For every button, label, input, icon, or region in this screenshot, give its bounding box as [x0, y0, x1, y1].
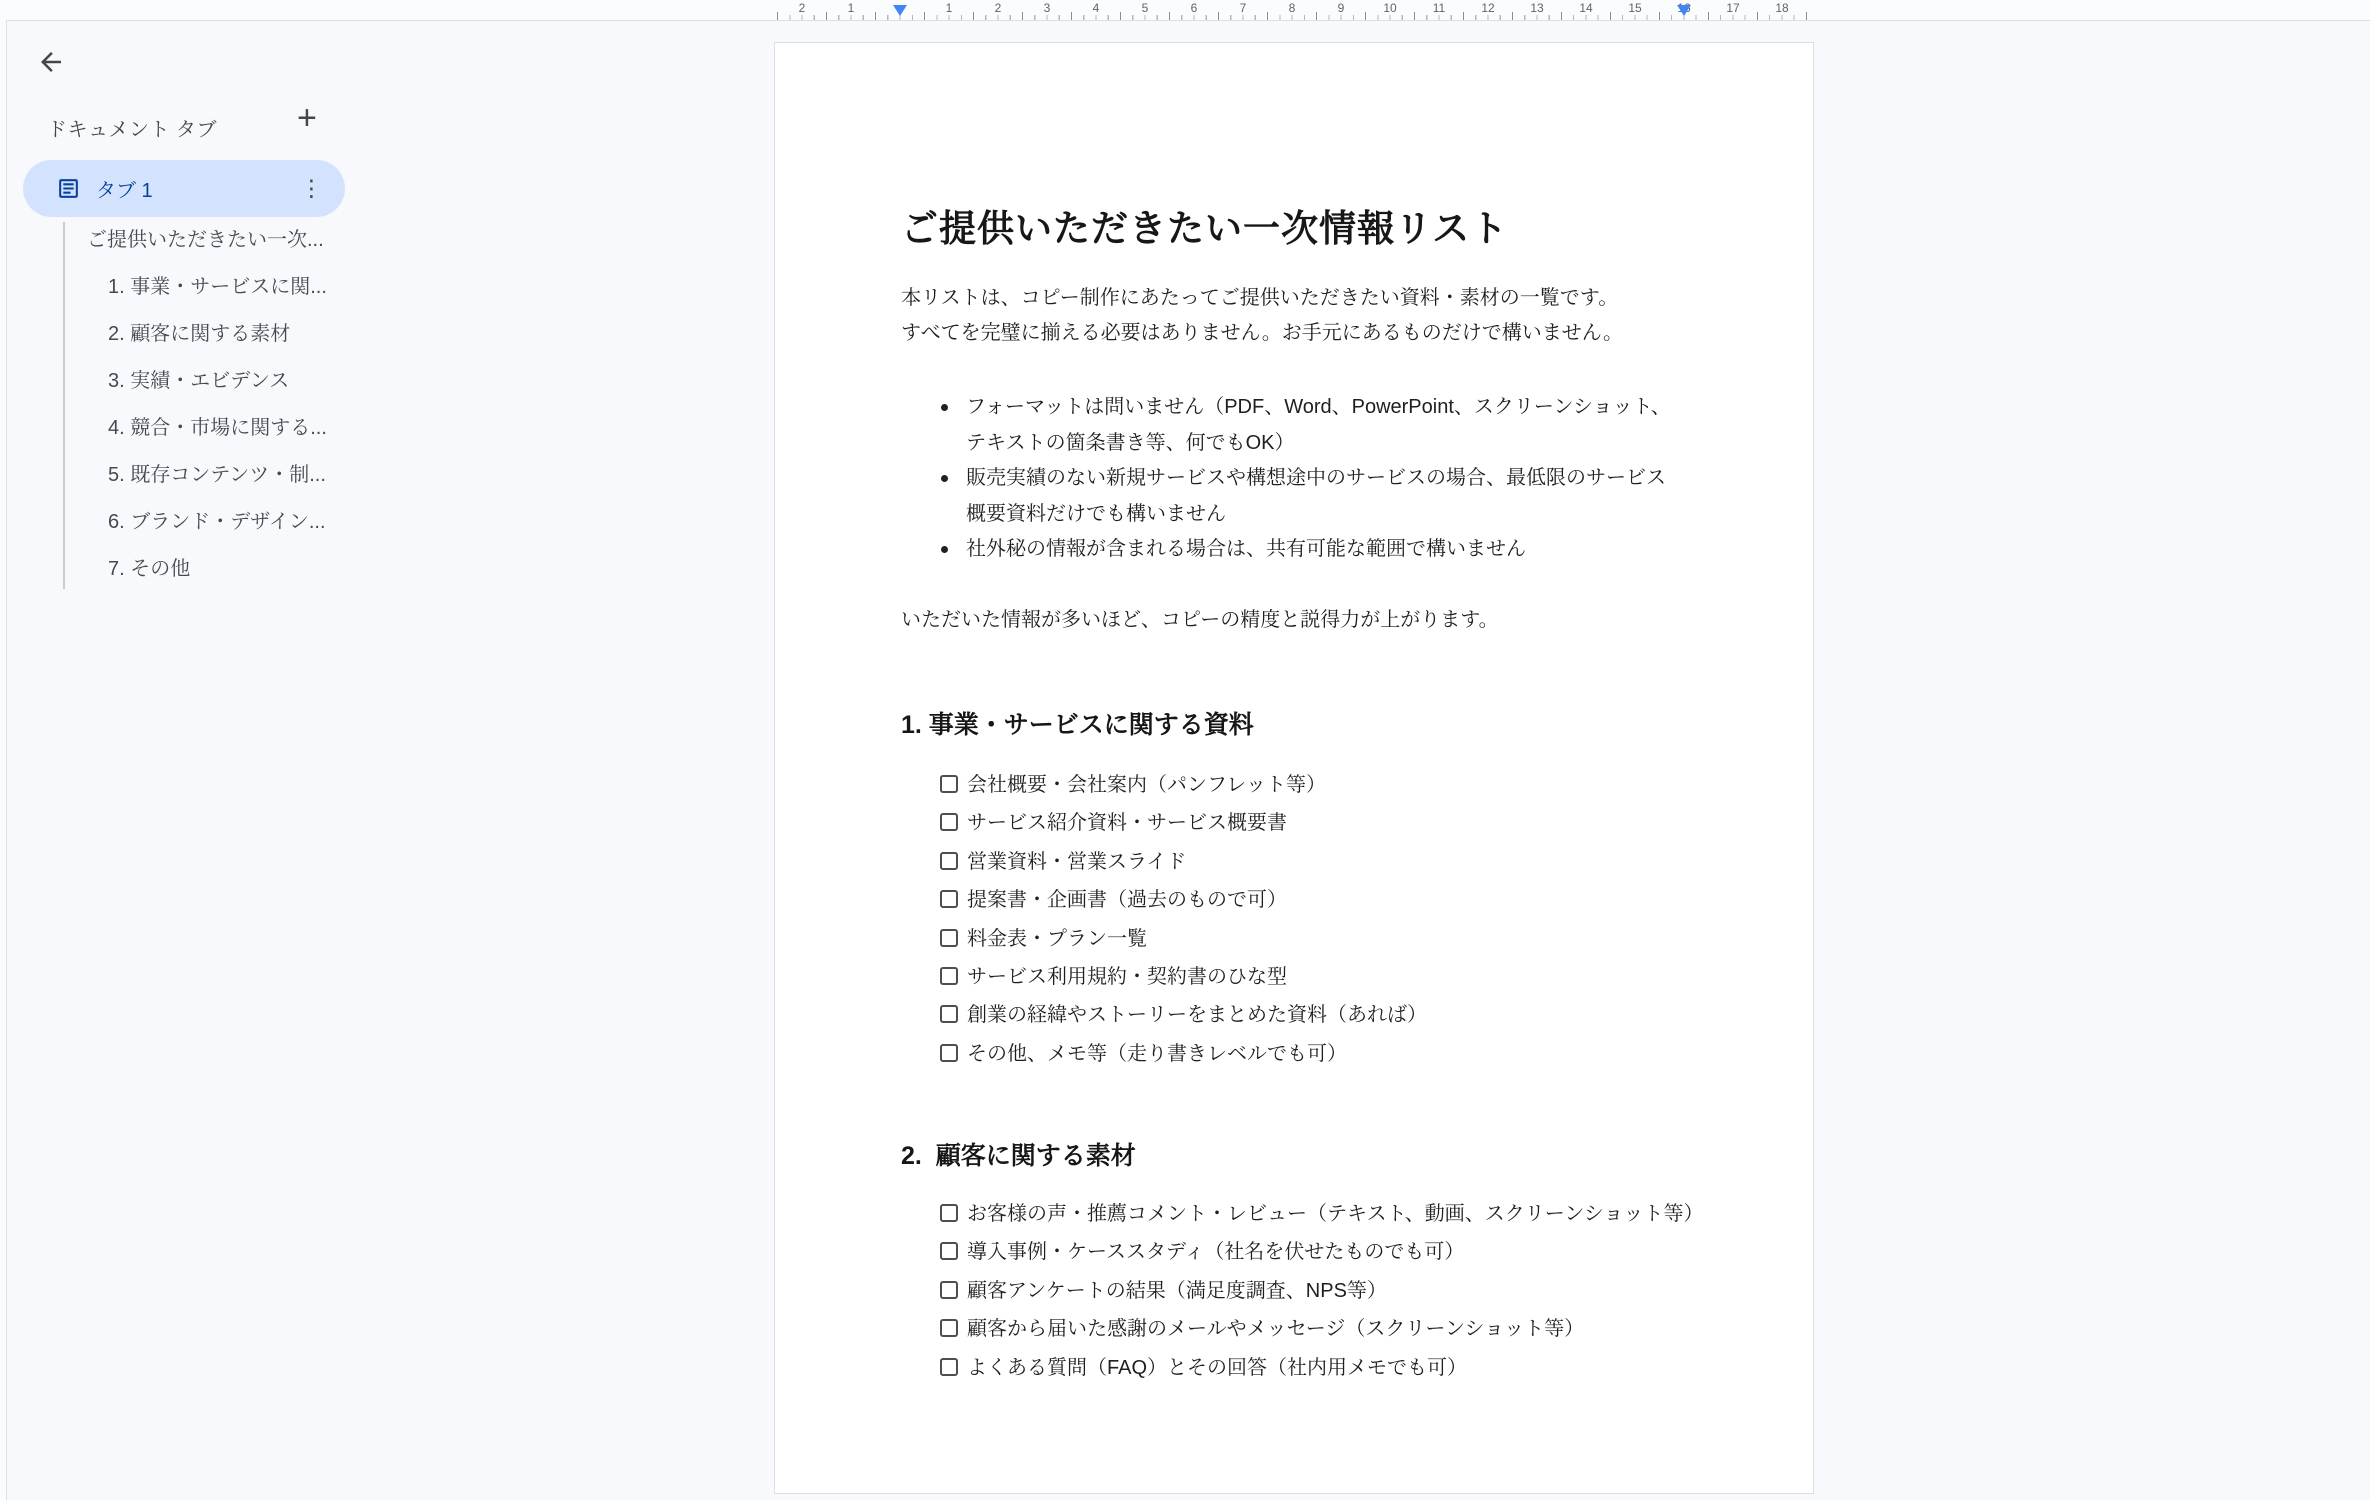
right-indent-marker-icon[interactable]	[1677, 5, 1691, 16]
bullet-icon	[941, 546, 948, 553]
checklist-text[interactable]: 創業の経緯やストーリーをまとめた資料（あれば）	[967, 996, 1427, 1034]
paragraph[interactable]: いただいた情報が多いほど、コピーの精度と説得力が上がります。	[901, 603, 1691, 638]
section-2-checklist: お客様の声・推薦コメント・レビュー（テキスト、動画、スクリーンショット等） 導入…	[940, 1195, 1700, 1387]
sidebar-title: ドキュメント タブ	[47, 113, 217, 142]
back-arrow-icon	[36, 65, 66, 80]
checkbox-unchecked-icon[interactable]	[940, 1281, 958, 1299]
ruler-number: 11	[1433, 1, 1445, 15]
checklist-item: お客様の声・推薦コメント・レビュー（テキスト、動画、スクリーンショット等）	[940, 1195, 1700, 1233]
outline-item[interactable]: 5. 既存コンテンツ・制...	[65, 463, 403, 487]
ruler-number: 9	[1338, 1, 1345, 15]
paragraph[interactable]: 本リストは、コピー制作にあたってご提供いただきたい資料・素材の一覧です。	[901, 281, 1691, 316]
bullet-item: 販売実績のない新規サービスや構想途中のサービスの場合、最低限のサービス概要資料だ…	[941, 461, 1681, 532]
document-tabs-sidebar: ドキュメント タブ + タブ 1 ⋮ ご提供いただきたい一次...1. 事業・サ…	[7, 21, 771, 1500]
outline-item[interactable]: 6. ブランド・デザイン...	[65, 510, 403, 534]
ruler-number: 14	[1579, 1, 1592, 15]
checkbox-unchecked-icon[interactable]	[940, 1044, 958, 1062]
left-indent-marker-icon[interactable]	[893, 5, 907, 16]
checkbox-unchecked-icon[interactable]	[940, 890, 958, 908]
checklist-text[interactable]: 導入事例・ケーススタディ（社名を伏せたものでも可）	[967, 1233, 1464, 1271]
section-1-heading[interactable]: 1. 事業・サービスに関する資料	[901, 709, 1254, 741]
tab-options-icon[interactable]: ⋮	[300, 177, 323, 200]
outline-item[interactable]: 1. 事業・サービスに関...	[65, 275, 403, 299]
checklist-item: 営業資料・営業スライド	[940, 843, 1700, 881]
ruler-number: 10	[1383, 1, 1396, 15]
checkbox-unchecked-icon[interactable]	[940, 967, 958, 985]
back-button[interactable]	[31, 43, 71, 83]
checklist-text[interactable]: 顧客から届いた感謝のメールやメッセージ（スクリーンショット等）	[967, 1310, 1584, 1348]
checklist-text[interactable]: よくある質問（FAQ）とその回答（社内用メモでも可）	[967, 1349, 1467, 1387]
ruler-number: 17	[1726, 1, 1739, 15]
checkbox-unchecked-icon[interactable]	[940, 775, 958, 793]
ruler-number: 1	[946, 1, 953, 15]
ruler-number: 3	[1044, 1, 1051, 15]
ruler-number: 6	[1191, 1, 1198, 15]
ruler-number: 5	[1142, 1, 1149, 15]
ruler-ticks	[777, 12, 1815, 20]
ruler-number: 1	[848, 1, 855, 15]
checkbox-unchecked-icon[interactable]	[940, 1358, 958, 1376]
bullet-icon	[941, 404, 948, 411]
document-canvas: ご提供いただきたい一次情報リスト 本リストは、コピー制作にあたってご提供いただき…	[771, 21, 2370, 1500]
checklist-text[interactable]: サービス利用規約・契約書のひな型	[967, 958, 1287, 996]
checklist-item: 料金表・プラン一覧	[940, 920, 1700, 958]
checklist-item: サービス利用規約・契約書のひな型	[940, 958, 1700, 996]
checklist-item: よくある質問（FAQ）とその回答（社内用メモでも可）	[940, 1349, 1700, 1387]
tab-item-tab1[interactable]: タブ 1 ⋮	[23, 160, 345, 217]
ruler-number: 18	[1775, 1, 1788, 15]
checklist-text[interactable]: お客様の声・推薦コメント・レビュー（テキスト、動画、スクリーンショット等）	[967, 1195, 1704, 1233]
document-page[interactable]: ご提供いただきたい一次情報リスト 本リストは、コピー制作にあたってご提供いただき…	[774, 42, 1814, 1494]
ruler-number: 4	[1093, 1, 1100, 15]
checkbox-unchecked-icon[interactable]	[940, 852, 958, 870]
ruler-number: 8	[1289, 1, 1296, 15]
outline-item[interactable]: 3. 実績・エビデンス	[65, 369, 403, 393]
checklist-item: 導入事例・ケーススタディ（社名を伏せたものでも可）	[940, 1233, 1700, 1271]
bullet-text[interactable]: フォーマットは問いません（PDF、Word、PowerPoint、スクリーンショ…	[966, 390, 1681, 461]
app-frame: ドキュメント タブ + タブ 1 ⋮ ご提供いただきたい一次...1. 事業・サ…	[6, 20, 2370, 1500]
checkbox-unchecked-icon[interactable]	[940, 1005, 958, 1023]
checklist-item: 顧客から届いた感謝のメールやメッセージ（スクリーンショット等）	[940, 1310, 1700, 1348]
ruler: 21123456789101112131415161718	[0, 0, 2370, 20]
checklist-item: その他、メモ等（走り書きレベルでも可）	[940, 1035, 1700, 1073]
intro-paragraphs: 本リストは、コピー制作にあたってご提供いただきたい資料・素材の一覧です。すべてを…	[901, 281, 1691, 351]
checklist-text[interactable]: 提案書・企画書（過去のもので可）	[967, 881, 1287, 919]
outline-item[interactable]: 2. 顧客に関する素材	[65, 322, 403, 346]
section-2-heading[interactable]: 2. 顧客に関する素材	[901, 1140, 1136, 1172]
bullet-icon	[941, 475, 948, 482]
document-outline: ご提供いただきたい一次...1. 事業・サービスに関...2. 顧客に関する素材…	[63, 222, 403, 589]
checklist-item: 提案書・企画書（過去のもので可）	[940, 881, 1700, 919]
checklist-item: 顧客アンケートの結果（満足度調査、NPS等）	[940, 1272, 1700, 1310]
bullet-text[interactable]: 販売実績のない新規サービスや構想途中のサービスの場合、最低限のサービス概要資料だ…	[966, 461, 1681, 532]
checklist-text[interactable]: 営業資料・営業スライド	[967, 843, 1186, 881]
paragraph[interactable]: すべてを完璧に揃える必要はありません。お手元にあるものだけで構いません。	[901, 316, 1691, 351]
checkbox-unchecked-icon[interactable]	[940, 929, 958, 947]
ruler-number: 12	[1481, 1, 1494, 15]
checkbox-unchecked-icon[interactable]	[940, 813, 958, 831]
add-tab-button[interactable]: +	[297, 101, 317, 135]
checkbox-unchecked-icon[interactable]	[940, 1204, 958, 1222]
document-title[interactable]: ご提供いただきたい一次情報リスト	[901, 207, 1691, 251]
app-window: 21123456789101112131415161718 ドキュメント タブ …	[0, 0, 2370, 1500]
checklist-text[interactable]: サービス紹介資料・サービス概要書	[967, 804, 1287, 842]
bullet-text[interactable]: 社外秘の情報が含まれる場合は、共有可能な範囲で構いません	[966, 532, 1681, 568]
ruler-number: 13	[1530, 1, 1543, 15]
ruler-number: 2	[799, 1, 806, 15]
checkbox-unchecked-icon[interactable]	[940, 1242, 958, 1260]
section-1-checklist: 会社概要・会社案内（パンフレット等） サービス紹介資料・サービス概要書 営業資料…	[940, 766, 1700, 1073]
bullet-item: 社外秘の情報が含まれる場合は、共有可能な範囲で構いません	[941, 532, 1681, 568]
outline-item[interactable]: ご提供いただきたい一次...	[65, 228, 403, 252]
checklist-text[interactable]: その他、メモ等（走り書きレベルでも可）	[967, 1035, 1347, 1073]
outline-item[interactable]: 4. 競合・市場に関する...	[65, 416, 403, 440]
bullet-item: フォーマットは問いません（PDF、Word、PowerPoint、スクリーンショ…	[941, 390, 1681, 461]
checklist-item: 会社概要・会社案内（パンフレット等）	[940, 766, 1700, 804]
checkbox-unchecked-icon[interactable]	[940, 1319, 958, 1337]
document-tab-icon	[56, 176, 81, 201]
ruler-number: 2	[995, 1, 1002, 15]
checklist-text[interactable]: 会社概要・会社案内（パンフレット等）	[967, 766, 1326, 804]
ruler-number: 15	[1628, 1, 1641, 15]
tab-label: タブ 1	[96, 174, 300, 203]
bullet-list: フォーマットは問いません（PDF、Word、PowerPoint、スクリーンショ…	[941, 390, 1681, 568]
checklist-text[interactable]: 料金表・プラン一覧	[967, 920, 1147, 958]
checklist-item: 創業の経緯やストーリーをまとめた資料（あれば）	[940, 996, 1700, 1034]
outline-item[interactable]: 7. その他	[65, 557, 403, 581]
checklist-text[interactable]: 顧客アンケートの結果（満足度調査、NPS等）	[967, 1272, 1387, 1310]
ruler-number: 7	[1240, 1, 1247, 15]
checklist-item: サービス紹介資料・サービス概要書	[940, 804, 1700, 842]
